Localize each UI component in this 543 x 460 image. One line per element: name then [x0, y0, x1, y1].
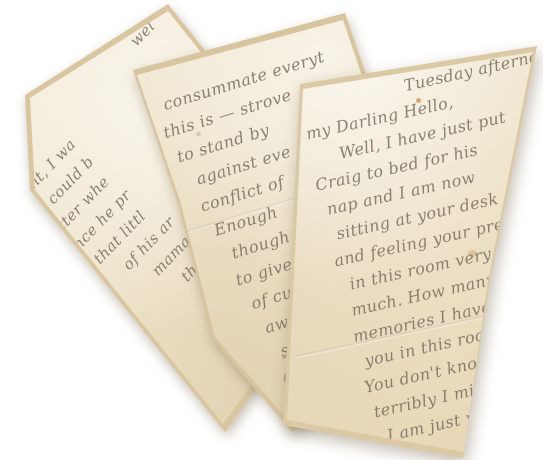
age-spot	[486, 342, 493, 348]
letter-page-right-paper: Tuesday afternoon my Darling Hello, Well…	[0, 0, 543, 460]
photo-of-letters: wel moment, I wa what could b matter whe…	[0, 0, 543, 460]
letter-page-right: Tuesday afternoon my Darling Hello, Well…	[0, 0, 543, 460]
handwriting-right-page: Tuesday afternoon my Darling Hello, Well…	[296, 46, 543, 452]
